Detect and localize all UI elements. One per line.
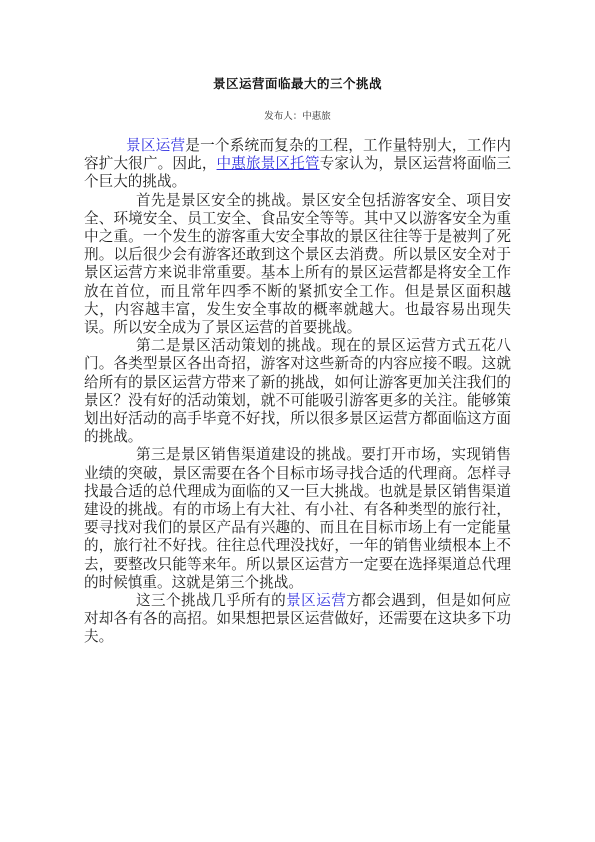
paragraph-text: 这三个挑战几乎所有的 <box>136 593 286 609</box>
paragraph-intro: 景区运营是一个系统而复杂的工程，工作量特别大，工作内容扩大很广。因此，中惠旅景区… <box>84 137 511 192</box>
document-page: 景区运营面临最大的三个挑战 发布人：中惠旅 景区运营是一个系统而复杂的工程，工作… <box>0 0 595 842</box>
link-scenic-area-operation-1[interactable]: 景区运营 <box>126 138 185 154</box>
paragraph-text: 第三是景区销售渠道建设的挑战。要打开市场，实现销售业绩的突破，景区需要在各个目标… <box>84 447 511 590</box>
paragraph-challenge-2-activity-planning: 第二是景区活动策划的挑战。现在的景区运营方式五花八门。各类型景区各出奇招，游客对… <box>84 337 511 446</box>
link-scenic-area-operation-2[interactable]: 景区运营 <box>286 593 346 609</box>
link-zhonghui-scenic-area-trusteeship[interactable]: 中惠旅景区托管 <box>217 156 320 172</box>
article-body: 景区运营是一个系统而复杂的工程，工作量特别大，工作内容扩大很广。因此，中惠旅景区… <box>84 137 511 647</box>
page-title: 景区运营面临最大的三个挑战 <box>0 77 595 92</box>
paragraph-conclusion: 这三个挑战几乎所有的景区运营方都会遇到，但是如何应对却各有各的高招。如果想把景区… <box>84 592 511 647</box>
paragraph-text: 首先是景区安全的挑战。景区安全包括游客安全、项目安全、环境安全、员工安全、食品安… <box>84 193 511 336</box>
byline: 发布人：中惠旅 <box>0 112 595 123</box>
paragraph-challenge-1-safety: 首先是景区安全的挑战。景区安全包括游客安全、项目安全、环境安全、员工安全、食品安… <box>84 192 511 338</box>
paragraph-text: 第二是景区活动策划的挑战。现在的景区运营方式五花八门。各类型景区各出奇招，游客对… <box>84 338 511 445</box>
paragraph-challenge-3-sales-channel: 第三是景区销售渠道建设的挑战。要打开市场，实现销售业绩的突破，景区需要在各个目标… <box>84 446 511 592</box>
